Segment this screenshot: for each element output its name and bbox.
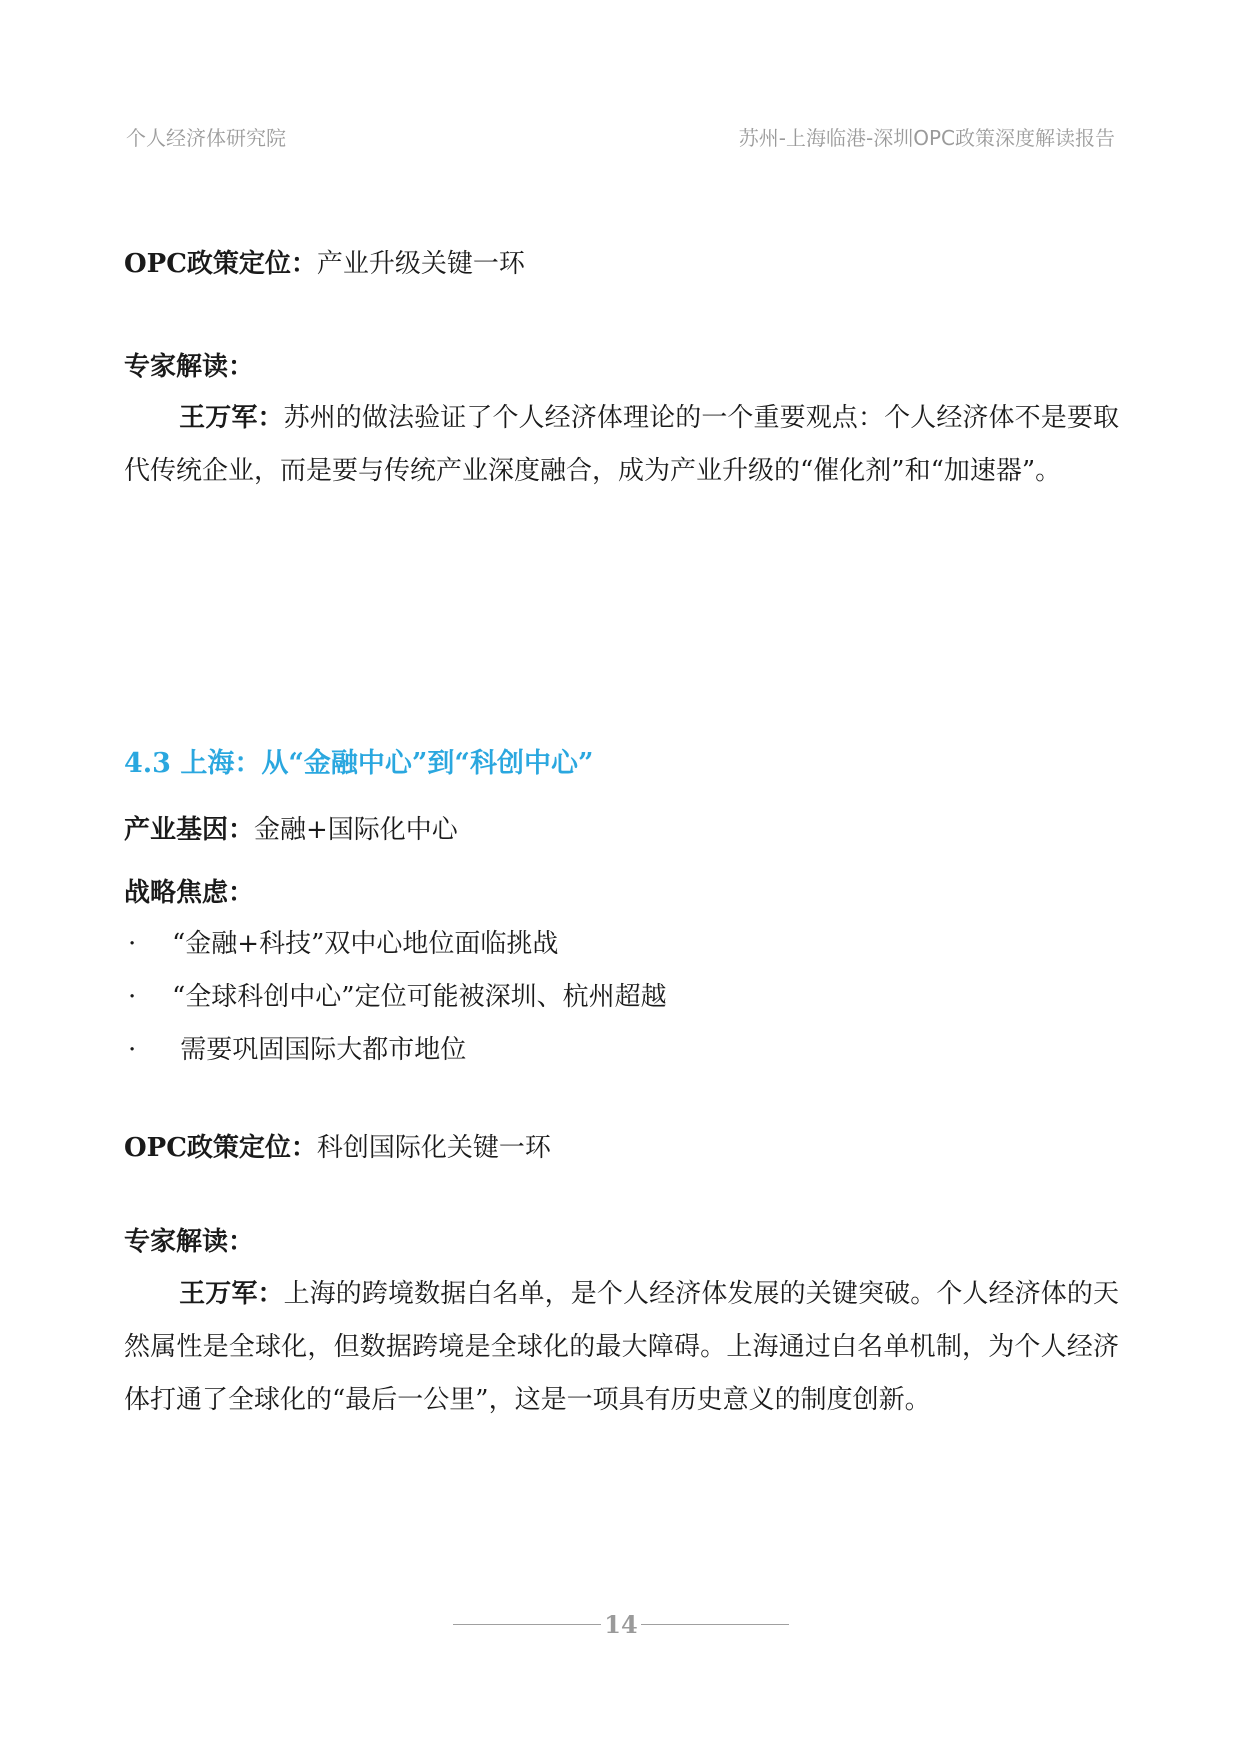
- bullet-dot-icon: ·: [124, 979, 172, 1015]
- expert-name: 王万军：: [179, 1279, 284, 1309]
- section-title-4-3: 4.3 上海：从“金融中心”到“科创中心”: [124, 746, 1119, 782]
- header-report-title: 苏州-上海临港-深圳OPC政策深度解读报告: [739, 122, 1115, 151]
- opc-label: OPC政策定位：: [124, 1133, 317, 1163]
- opc-value: 产业升级关键一环: [317, 249, 525, 279]
- bullet-dot-icon: ·: [124, 926, 172, 962]
- page-footer: 14: [453, 1604, 789, 1644]
- opc-label: OPC政策定位：: [124, 249, 317, 279]
- suzhou-expert-label: 专家解读：: [124, 349, 1119, 385]
- bullet-item: ·“全球科创中心”定位可能被深圳、杭州超越: [124, 979, 1119, 1015]
- page-number: 14: [601, 1610, 640, 1639]
- footer-rule-left: [453, 1624, 601, 1625]
- suzhou-opc-positioning: OPC政策定位：产业升级关键一环: [124, 246, 1119, 282]
- footer-rule-right: [641, 1624, 789, 1625]
- header-org-name: 个人经济体研究院: [126, 122, 286, 151]
- bullet-dot-icon: ·: [124, 1032, 172, 1068]
- bullet-item: ·“金融+科技”双中心地位面临挑战: [124, 926, 1119, 962]
- shanghai-expert-label: 专家解读：: [124, 1224, 1119, 1260]
- shanghai-industry-gene: 产业基因：金融+国际化中心: [124, 812, 1119, 848]
- gene-label: 产业基因：: [124, 815, 254, 845]
- shanghai-expert-paragraph: 王万军：上海的跨境数据白名单，是个人经济体发展的关键突破。个人经济体的天然属性是…: [124, 1268, 1119, 1427]
- shanghai-anxiety-label: 战略焦虑：: [124, 875, 1119, 911]
- shanghai-opc-positioning: OPC政策定位：科创国际化关键一环: [124, 1130, 1119, 1166]
- opc-value: 科创国际化关键一环: [317, 1133, 551, 1163]
- suzhou-expert-paragraph: 王万军：苏州的做法验证了个人经济体理论的一个重要观点：个人经济体不是要取代传统企…: [124, 392, 1119, 498]
- expert-name: 王万军：: [179, 403, 284, 433]
- bullet-item: · 需要巩固国际大都市地位: [124, 1032, 1119, 1068]
- gene-value: 金融+国际化中心: [254, 815, 458, 845]
